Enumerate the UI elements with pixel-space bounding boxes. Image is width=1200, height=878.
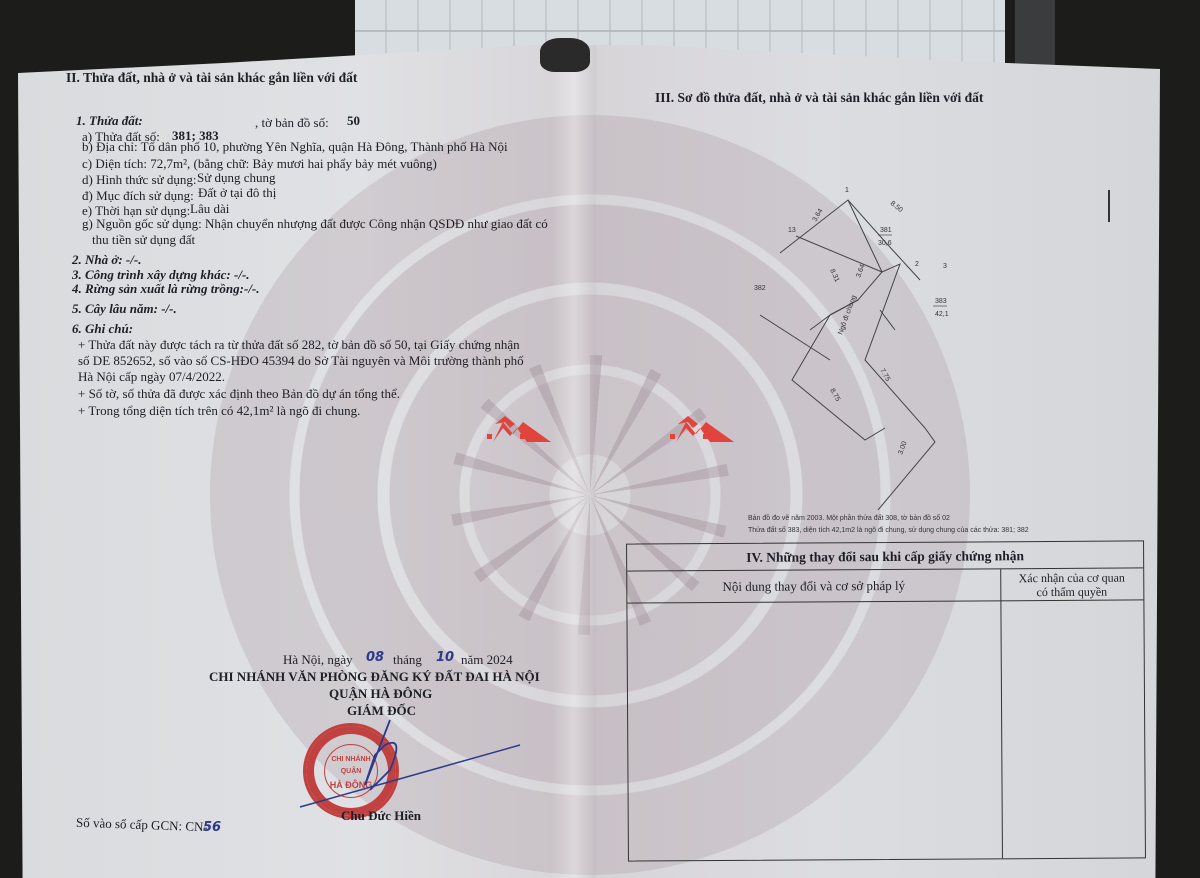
- alley-label: Ngõ đi chung: [837, 294, 858, 335]
- signature-scribble: [290, 715, 530, 815]
- note-line: + Số tờ, số thửa đã được xác định theo B…: [78, 386, 400, 401]
- register-number: 56: [203, 820, 221, 835]
- dimension-label: 8.31: [828, 268, 840, 283]
- dimension-label: 3.64: [812, 208, 825, 223]
- month-label: tháng: [393, 652, 422, 667]
- col-change-content: Nội dung thay đổi và cơ sở pháp lý: [627, 569, 1000, 603]
- parcel-number: 381: [880, 227, 892, 234]
- other-construction-item: 3. Công trình xây dựng khác: -/-.: [72, 267, 250, 282]
- address: b) Địa chỉ: Tổ dân phố 10, phường Yên Ng…: [82, 139, 508, 154]
- point-label: 13: [788, 227, 796, 234]
- year-label: năm 2024: [461, 652, 513, 667]
- note-line: + Thửa đất này được tách ra từ thửa đất …: [78, 337, 520, 352]
- house-logo-icon: [465, 414, 551, 444]
- note-line: số DE 852652, số vào sổ CS-HĐO 45394 do …: [78, 353, 524, 368]
- parcel-area: 30,6: [878, 240, 892, 247]
- parcel-number: 382: [754, 285, 766, 292]
- point-label: 2: [915, 261, 919, 268]
- parcel-number: 383: [935, 298, 947, 305]
- dimension-label: 8.50: [889, 200, 904, 214]
- house-logo-icon: [648, 414, 734, 444]
- parcel-map: 381 30,6 382 383 42,1 1 2 3 13 8.50 3.64…: [730, 170, 990, 510]
- col-authority-confirmation: Xác nhận của cơ quan có thẩm quyền: [1000, 570, 1143, 599]
- parcel-area: 42,1: [935, 311, 949, 318]
- dimension-label: 8.75: [828, 388, 841, 403]
- point-label: 3: [943, 263, 947, 270]
- notes-heading: 6. Ghi chú:: [72, 321, 133, 336]
- dimension-label: 7.75: [878, 368, 891, 383]
- origin-line1: g) Nguồn gốc sử dụng: Nhận chuyển nhượng…: [82, 216, 548, 231]
- dimension-label: 3.00: [897, 440, 908, 455]
- dimension-label: 3.64: [855, 263, 866, 278]
- point-label: 1: [845, 187, 849, 194]
- purpose-label: đ) Mục đích sử dụng:: [82, 188, 194, 203]
- usage-form-label: d) Hình thức sử dụng:: [82, 172, 196, 187]
- date-day: 08: [366, 650, 384, 665]
- house-item: 2. Nhà ở: -/-.: [72, 252, 141, 267]
- signer-name: Chu Đức Hiền: [341, 808, 421, 823]
- col-authority-line1: Xác nhận của cơ quan: [1000, 570, 1143, 585]
- table-divider: [1000, 569, 1003, 858]
- usage-form-value: Sử dụng chung: [197, 170, 276, 185]
- binder-clip: [540, 38, 590, 72]
- north-arrow-icon: [1108, 190, 1110, 222]
- diagram-footnote-2: Thửa đất số 383, diện tích 42,1m2 là ngõ…: [748, 527, 1029, 534]
- changes-table: IV. Những thay đổi sau khi cấp giấy chứn…: [626, 540, 1146, 861]
- origin-line2: thu tiền sử dụng đất: [92, 232, 195, 247]
- map-sheet-label: , tờ bản đồ số:: [255, 115, 329, 130]
- purpose-value: Đất ở tại đô thị: [198, 185, 276, 200]
- parcel-diagram: 381 30,6 382 383 42,1 1 2 3 13 8.50 3.64…: [730, 170, 990, 510]
- section4-title: IV. Những thay đổi sau khi cấp giấy chứn…: [627, 541, 1143, 571]
- table-header-row: Nội dung thay đổi và cơ sở pháp lý Xác n…: [627, 568, 1143, 603]
- area: c) Diện tích: 72,7m², (bằng chữ: Bảy mươ…: [82, 156, 437, 171]
- office-line2: QUẬN HÀ ĐÔNG: [329, 686, 432, 701]
- paper-fold: [552, 45, 596, 878]
- forest-item: 4. Rừng sản xuất là rừng trồng:-/-.: [72, 281, 260, 296]
- date-prefix: Hà Nội, ngày: [283, 652, 353, 667]
- date-month: 10: [436, 650, 454, 665]
- section2-title: II. Thửa đất, nhà ở và tài sản khác gắn …: [66, 70, 357, 85]
- office-line1: CHI NHÁNH VĂN PHÒNG ĐĂNG KÝ ĐẤT ĐAI HÀ N…: [209, 669, 540, 684]
- map-sheet-value: 50: [347, 113, 360, 128]
- note-line: Hà Nội cấp ngày 07/4/2022.: [78, 369, 225, 384]
- land-heading: 1. Thửa đất:: [76, 113, 143, 128]
- note-line: + Trong tổng diện tích trên có 42,1m² là…: [78, 403, 360, 418]
- diagram-footnote-1: Bản đồ đo vẽ năm 2003. Một phần thửa đất…: [748, 515, 950, 522]
- col-authority-line2: có thẩm quyền: [1000, 584, 1143, 599]
- section3-title: III. Sơ đồ thửa đất, nhà ở và tài sản kh…: [655, 90, 983, 105]
- perennial-item: 5. Cây lâu năm: -/-.: [72, 301, 177, 316]
- term-value: Lâu dài: [190, 201, 229, 216]
